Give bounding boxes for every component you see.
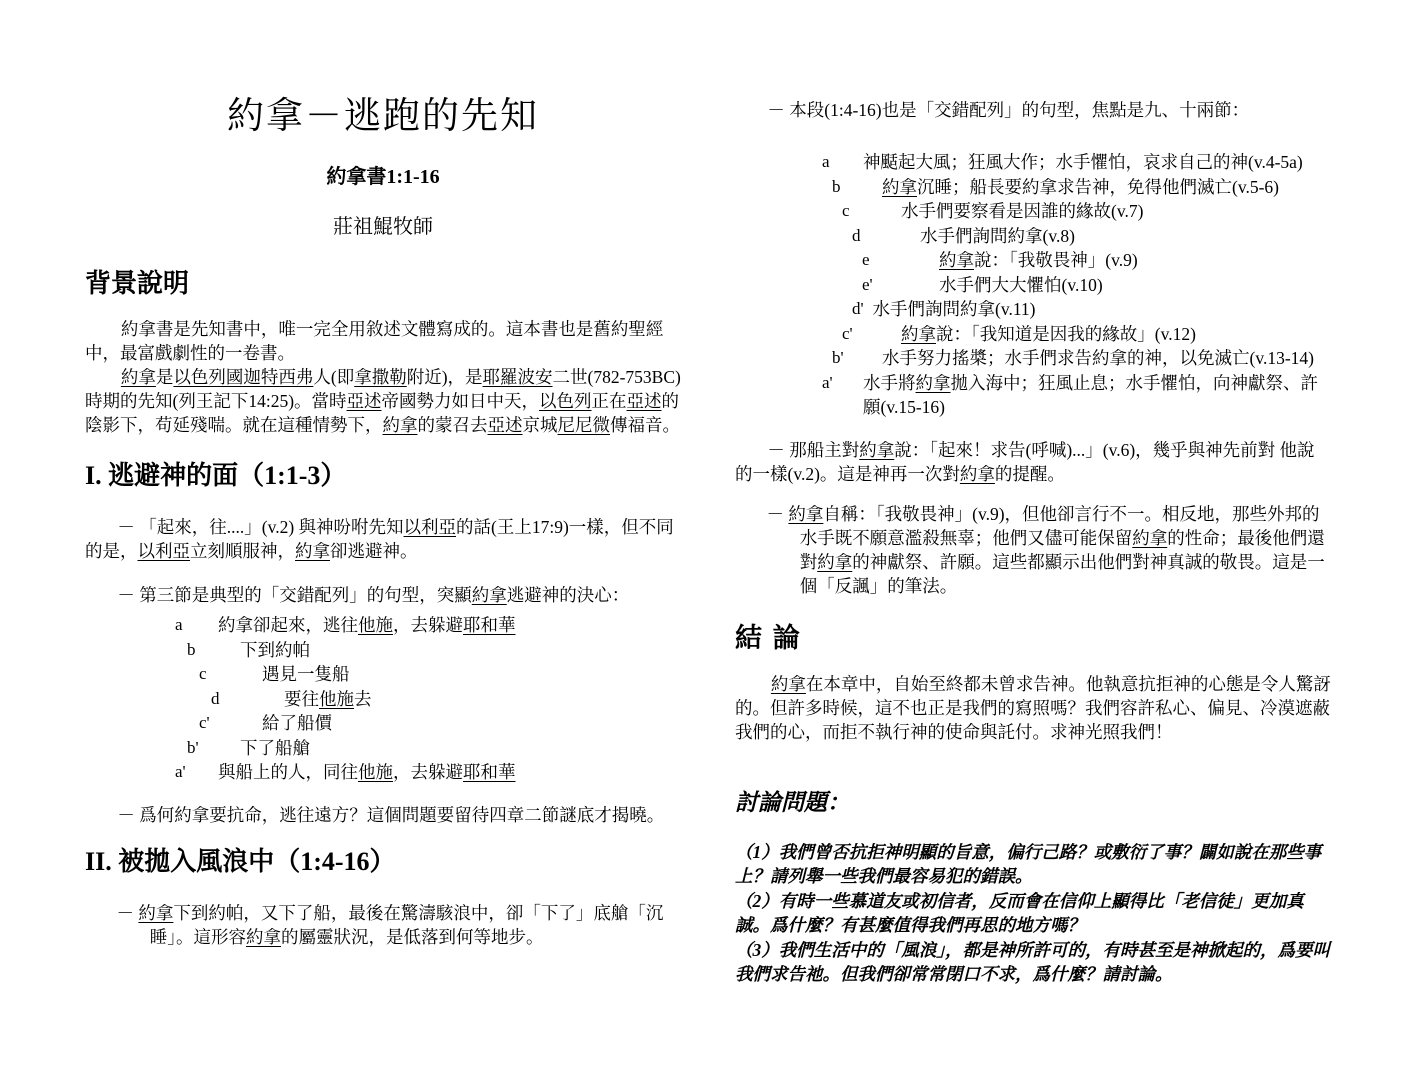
underlined-term: 約拿 [246,927,281,947]
underlined-term: 約拿 [383,415,418,435]
text-run: 帝國勢力如日中天， [382,391,540,411]
text-run: 在本章中，自始至終都未曾求告神。他執意抗拒神的心態是令人驚訝的。但許多時候，這不… [735,674,1331,742]
left-column: 約拿－逃跑的先知 約拿書1:1-16 莊祖鯤牧師 背景說明 約拿書是先知書中，唯… [85,95,681,987]
text-run: 去 [354,689,372,709]
text-run: 水手努力搖槳；水手們求告約拿的神，以免滅亡(v.13-14) [882,348,1314,368]
conclusion-paragraph: 約拿在本章中，自始至終都未曾求告神。他執意抗拒神的心態是令人驚訝的。但許多時候，… [735,672,1331,744]
text-run: 正在 [592,391,627,411]
chiasm-label: b [832,175,841,200]
chiasm-label: a [175,613,183,638]
text-run: 約拿卻起來，逃往 [218,615,358,635]
chiasm-row-d: d水手們詢問約拿(v.8) [735,224,1331,249]
text-run: － 那船主對 [767,440,859,460]
chiasm-label: b' [187,736,199,761]
text-run: ，去躲避 [393,762,463,782]
text-run: 說：「我知道是因我的緣故」(v.12) [936,324,1196,344]
text-run: － [767,504,789,524]
chiasm-row-b: b下到約帕 [85,638,681,663]
text-run: 傳福音。 [610,415,680,435]
chiasm-structure-1: a約拿卻起來，逃往他施，去躲避耶和華b下到約帕c遇見一隻船d要往他施去c'給了船… [85,613,681,785]
chiasm-row-c: c水手們要察看是因誰的緣故(v.7) [735,199,1331,224]
underlined-term: 以利亞 [138,541,191,561]
text-run: 給了船價 [262,713,332,733]
chiasm-row-a: a約拿卻起來，逃往他施，去躲避耶和華 [85,613,681,638]
underlined-term: 亞述 [627,391,662,411]
chiasm-label: e [862,248,870,273]
underlined-term: 約拿 [295,541,330,561]
chiasm-label: b' [832,346,844,371]
underlined-term: 約拿 [771,674,806,694]
text-run: 下了船艙 [240,738,310,758]
chiasm-row-b-prime: b'下了船艙 [85,736,681,761]
text-run: 附近)，是 [407,367,483,387]
chiasm-row-e: e約拿說：「我敬畏神」(v.9) [735,248,1331,273]
document-page: 約拿－逃跑的先知 約拿書1:1-16 莊祖鯤牧師 背景說明 約拿書是先知書中，唯… [0,0,1408,1007]
text-run: 的神獻祭、許願。這些都顯示出他們對神真誠的敬畏。這是一個「反諷」的筆法。 [800,552,1325,596]
chiasm-label: b [187,638,196,663]
chiasm-row-c-prime: c'約拿說：「我知道是因我的緣故」(v.12) [735,322,1331,347]
chiasm-label: c' [842,322,853,347]
chiasm-label: c [842,199,850,224]
text-run: 的蒙召去 [418,415,488,435]
text-run: 是 [156,367,174,387]
underlined-term: 約拿 [939,250,974,270]
author-name: 莊祖鯤牧師 [85,215,681,239]
section-heading-background: 背景說明 [85,267,681,301]
discussion-question: （1）我們曾否抗拒神明顯的旨意，偏行己路？或敷衍了事？闢如說在那些事上？請列舉一… [735,840,1331,889]
text-run: 京城 [523,415,558,435]
section-heading-2: II. 被拋入風浪中（1:4-16） [85,845,681,879]
underlined-term: 約拿 [472,585,507,605]
text-run: 水手將 [863,373,916,393]
underlined-term: 以色列國迦特西弗 [173,367,313,387]
text-run: 沉睡；船長要約拿求告神，免得他們滅亡(v.5-6) [917,177,1279,197]
chiasm-label: a' [822,371,833,396]
text-run: 遇見一隻船 [262,664,350,684]
underlined-term: 約拿 [916,373,951,393]
text-run: 水手們詢問約拿(v.11) [873,299,1036,319]
bullet-point: － 那船主對約拿說：「起來！求告(呼喊)...」(v.6)，幾乎與神先前對 他說… [735,438,1331,486]
background-paragraph-1: 約拿書是先知書中，唯一完全用敘述文體寫成的。這本書也是舊約聖經中，最富戲劇性的一… [85,317,681,365]
underlined-term: 耶羅波安 [483,367,553,387]
chiasm-row-a-prime: a'水手將約拿拋入海中；狂風止息；水手懼怕，向神獻祭、許願(v.15-16) [735,371,1331,420]
underlined-term: 約拿 [138,903,173,923]
underlined-term: 約拿 [121,367,156,387]
chiasm-row-c: c遇見一隻船 [85,662,681,687]
text-run: （1）我們曾否抗拒神明顯的旨意，偏行己路？或敷衍了事？闢如說在那些事上？請列舉一… [735,842,1321,887]
bullet-point: － 約拿下到約帕，又下了船，最後在驚濤駭浪中，卻「下了」底艙「沉睡」。這形容約拿… [85,901,681,949]
text-run: 說：「我敬畏神」(v.9) [974,250,1138,270]
underlined-term: 約拿 [882,177,917,197]
chiasm-structure-2: a神颳起大風；狂風大作；水手懼怕，哀求自己的神(v.4-5a)b約拿沉睡；船長要… [735,150,1331,420]
scripture-reference: 約拿書1:1-16 [85,165,681,189]
chiasm-label: d [852,224,861,249]
discussion-question: （2）有時一些慕道友或初信者，反而會在信仰上顯得比「老信徒」更加真誠。爲什麼？有… [735,889,1331,938]
chiasm-row-a-prime: a'與船上的人，同往他施，去躲避耶和華 [85,760,681,785]
text-run: ，去躲避 [393,615,463,635]
underlined-term: 約拿 [960,464,995,484]
underlined-term: 約拿 [901,324,936,344]
chiasm-label: a' [175,760,186,785]
chiasm-label: c' [199,711,210,736]
text-run: （3）我們生活中的「風浪」，都是神所許可的，有時甚至是神掀起的，爲要叫我們求告祂… [735,940,1330,985]
text-run: 的屬靈狀況，是低落到何等地步。 [281,927,544,947]
underlined-term: 約拿 [788,504,823,524]
bullet-point: － 約拿自稱：「我敬畏神」(v.9)，但他卻言行不一。相反地，那些外邦的水手既不… [735,502,1331,598]
text-run: － [117,903,139,923]
text-run: 約拿書是先知書中，唯一完全用敘述文體寫成的。這本書也是舊約聖經中，最富戲劇性的一… [85,319,663,363]
text-run: 水手們大大懼怕(v.10) [939,275,1103,295]
chiasm-row-d-prime: d'水手們詢問約拿(v.11) [735,297,1331,322]
underlined-term: 耶和華 [463,615,516,635]
underlined-term: 以色列 [539,391,592,411]
text-run: 下到約帕 [240,640,310,660]
right-column: － 本段(1:4-16)也是「交錯配列」的句型，焦點是九、十兩節： a神颳起大風… [735,95,1331,987]
text-run: 神颳起大風；狂風大作；水手懼怕，哀求自己的神(v.4-5a) [863,152,1303,172]
underlined-term: 亞述 [347,391,382,411]
underlined-term: 約拿 [1132,528,1167,548]
text-run: 逃避神的決心： [507,585,630,605]
chiasm-row-e-prime: e'水手們大大懼怕(v.10) [735,273,1331,298]
underlined-term: 耶和華 [463,762,516,782]
underlined-term: 他施 [358,615,393,635]
text-run: 水手們詢問約拿(v.8) [920,226,1075,246]
chiasm-row-c-prime: c'給了船價 [85,711,681,736]
discussion-questions: （1）我們曾否抗拒神明顯的旨意，偏行己路？或敷衍了事？闢如說在那些事上？請列舉一… [735,840,1331,987]
chiasm-row-a: a神颳起大風；狂風大作；水手懼怕，哀求自己的神(v.4-5a) [735,150,1331,175]
underlined-term: 約拿 [817,552,852,572]
text-run: 人(即 [313,367,354,387]
discussion-question: （3）我們生活中的「風浪」，都是神所許可的，有時甚至是神掀起的，爲要叫我們求告祂… [735,938,1331,987]
text-run: 水手們要察看是因誰的緣故(v.7) [901,201,1143,221]
text-run: － 爲何約拿要抗命，逃往遠方？這個問題要留待四章二節謎底才揭曉。 [117,805,664,825]
section-heading-1: I. 逃避神的面（1:1-3） [85,459,681,493]
underlined-term: 亞述 [488,415,523,435]
chiasm-label: a [822,150,830,175]
chiasm-row-b-prime: b'水手努力搖槳；水手們求告約拿的神，以免滅亡(v.13-14) [735,346,1331,371]
underlined-term: 他施 [358,762,393,782]
text-run: （2）有時一些慕道友或初信者，反而會在信仰上顯得比「老信徒」更加真誠。爲什麼？有… [735,891,1304,936]
text-run: － 本段(1:4-16)也是「交錯配列」的句型，焦點是九、十兩節： [767,100,1249,120]
text-run: － 第三節是典型的「交錯配列」的句型，突顯 [117,585,471,605]
discussion-heading: 討論問題： [735,788,1331,818]
chiasm-label: e' [862,273,873,298]
text-run: － 「起來，往....」(v.2) 與神吩咐先知 [117,517,403,537]
chiasm-row-d: d要往他施去 [85,687,681,712]
bullet-point: － 爲何約拿要抗命，逃往遠方？這個問題要留待四章二節謎底才揭曉。 [85,803,681,827]
bullet-point: － 第三節是典型的「交錯配列」的句型，突顯約拿逃避神的決心： [85,583,681,607]
text-run: 要往 [284,689,319,709]
chiasm-label: d' [852,297,864,322]
text-run: 卻逃避神。 [330,541,418,561]
text-run: 立刻順服神， [190,541,295,561]
chiasm-label: c [199,662,207,687]
underlined-term: 他施 [319,689,354,709]
underlined-term: 尼尼微 [558,415,611,435]
bullet-point: － 本段(1:4-16)也是「交錯配列」的句型，焦點是九、十兩節： [735,98,1331,122]
conclusion-heading: 結 論 [735,620,1331,656]
chiasm-label: d [211,687,220,712]
underlined-term: 拿撒勒 [354,367,407,387]
text-run: 的提醒。 [995,464,1065,484]
document-title: 約拿－逃跑的先知 [85,95,681,139]
chiasm-row-b: b約拿沉睡；船長要約拿求告神，免得他們滅亡(v.5-6) [735,175,1331,200]
underlined-term: 以利亞 [404,517,457,537]
background-paragraph-2: 約拿是以色列國迦特西弗人(即拿撒勒附近)，是耶羅波安二世(782-753BC)時… [85,365,681,437]
underlined-term: 約拿 [859,440,894,460]
bullet-point: － 「起來，往....」(v.2) 與神吩咐先知以利亞的話(王上17:9)一樣，… [85,515,681,563]
text-run: 與船上的人，同往 [218,762,358,782]
